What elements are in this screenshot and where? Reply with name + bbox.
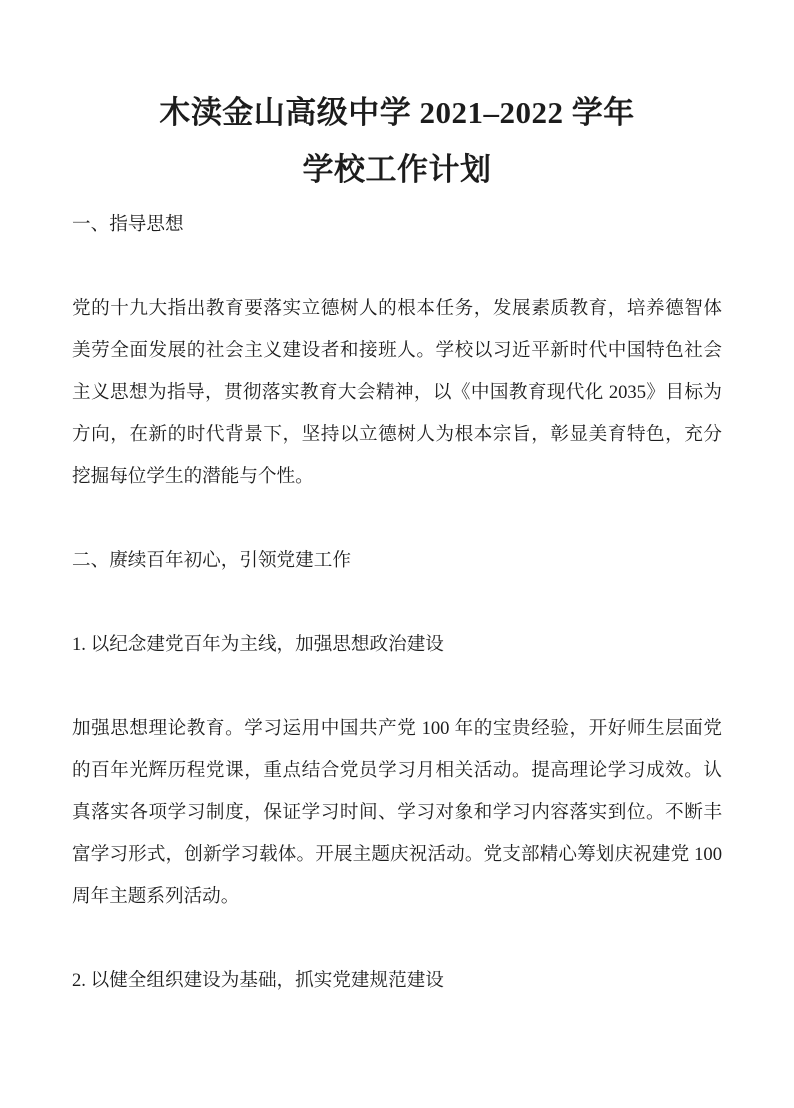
- paragraph-guiding-ideology: 党的十九大指出教育要落实立德树人的根本任务，发展素质教育，培养德智体美劳全面发展…: [72, 288, 722, 498]
- section-heading-2: 二、赓续百年初心，引领党建工作: [72, 540, 722, 582]
- document-page: 木渎金山高级中学 2021–2022 学年 学校工作计划 一、指导思想 党的十九…: [0, 0, 794, 1108]
- subsection-heading-2: 2. 以健全组织建设为基础，抓实党建规范建设: [72, 960, 722, 1002]
- section-heading-1: 一、指导思想: [72, 204, 722, 246]
- document-title: 木渎金山高级中学 2021–2022 学年 学校工作计划: [72, 84, 722, 198]
- paragraph-party-building: 加强思想理论教育。学习运用中国共产党 100 年的宝贵经验，开好师生层面党的百年…: [72, 708, 722, 918]
- subsection-heading-1: 1. 以纪念建党百年为主线，加强思想政治建设: [72, 624, 722, 666]
- document-title-line-1: 木渎金山高级中学 2021–2022 学年: [72, 84, 722, 141]
- document-title-line-2: 学校工作计划: [72, 141, 722, 198]
